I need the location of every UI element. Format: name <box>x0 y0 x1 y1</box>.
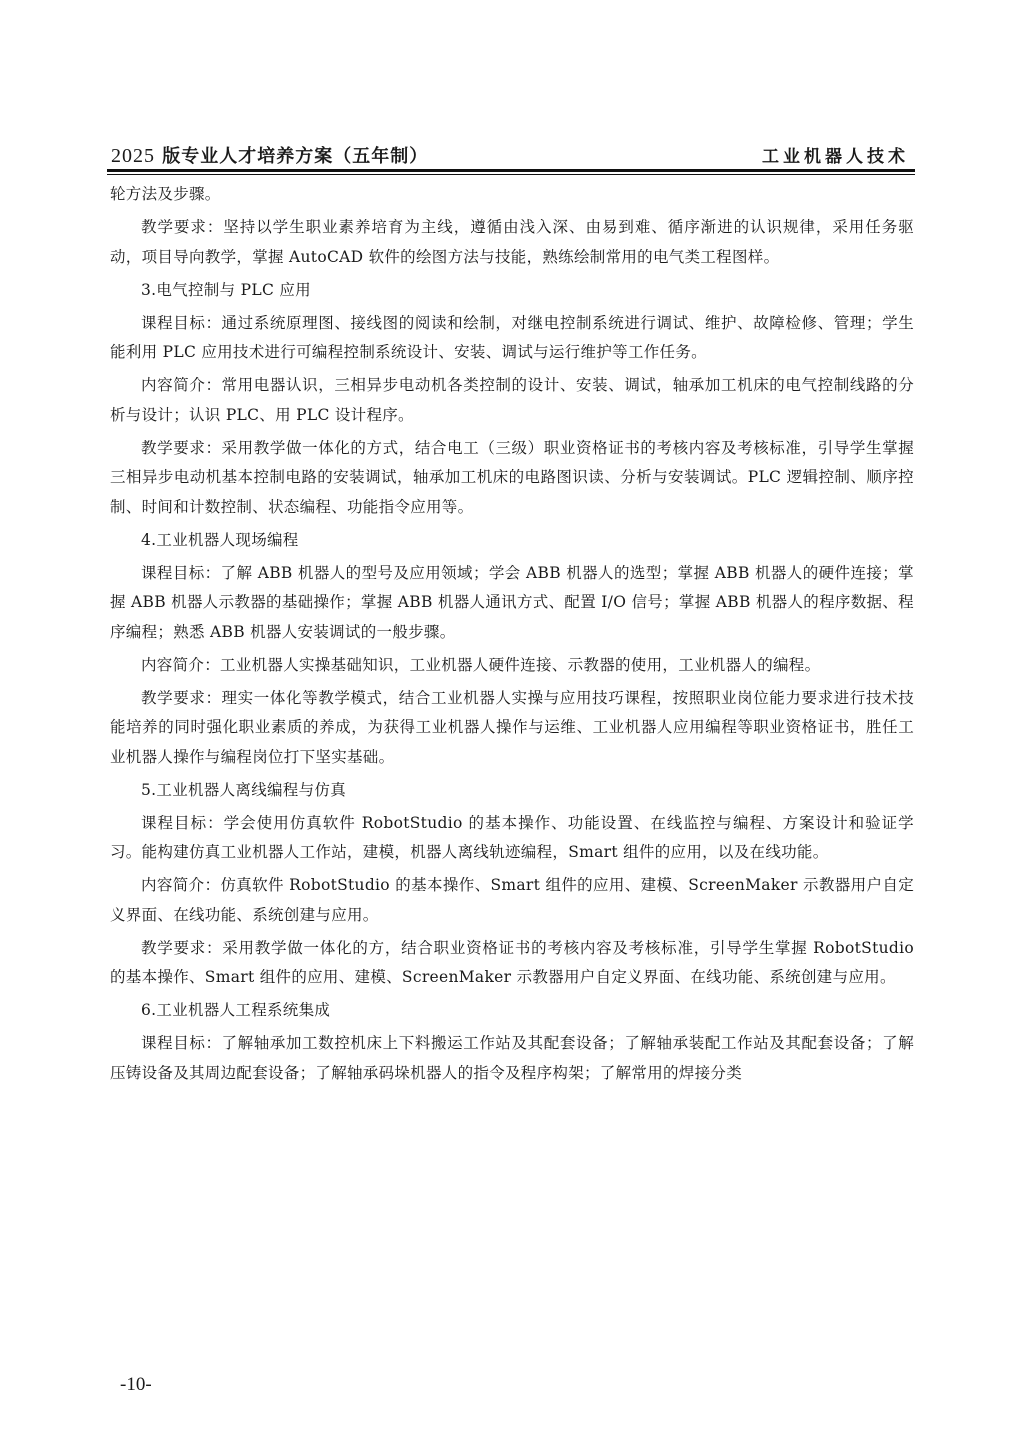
header-rule-thin <box>107 174 915 175</box>
section3-intro: 内容简介：常用电器认识，三相异步电动机各类控制的设计、安装、调试，轴承加工机床的… <box>110 371 914 430</box>
section4-requirements: 教学要求：理实一体化等教学模式，结合工业机器人实操与应用技巧课程，按照职业岗位能… <box>110 684 914 773</box>
major-name: 工业机器人技术 <box>762 142 909 167</box>
section2-requirements: 教学要求：坚持以学生职业素养培育为主线，遵循由浅入深、由易到难、循序渐进的认识规… <box>110 213 914 272</box>
continuation-paragraph: 轮方法及步骤。 <box>110 180 914 210</box>
section-heading-4: 4.工业机器人现场编程 <box>110 526 914 556</box>
document-title-text: 版专业人才培养方案（五年制） <box>155 146 428 167</box>
page-number: -10- <box>120 1374 152 1396</box>
header-rule-thick <box>107 169 915 172</box>
section5-intro: 内容简介：仿真软件 RobotStudio 的基本操作、Smart 组件的应用、… <box>110 871 914 930</box>
section6-goal: 课程目标：了解轴承加工数控机床上下料搬运工作站及其配套设备；了解轴承装配工作站及… <box>110 1029 914 1088</box>
document-title: 2025 版专业人才培养方案（五年制） <box>111 142 428 168</box>
running-header: 2025 版专业人才培养方案（五年制） 工业机器人技术 <box>107 142 915 168</box>
page-body: 轮方法及步骤。 教学要求：坚持以学生职业素养培育为主线，遵循由浅入深、由易到难、… <box>110 180 914 1092</box>
document-year: 2025 <box>111 145 155 167</box>
section5-requirements: 教学要求：采用教学做一体化的方，结合职业资格证书的考核内容及考核标准，引导学生掌… <box>110 934 914 993</box>
section-heading-3: 3.电气控制与 PLC 应用 <box>110 276 914 306</box>
section-heading-6: 6.工业机器人工程系统集成 <box>110 996 914 1026</box>
section3-goal: 课程目标：通过系统原理图、接线图的阅读和绘制，对继电控制系统进行调试、维护、故障… <box>110 309 914 368</box>
section-heading-5: 5.工业机器人离线编程与仿真 <box>110 776 914 806</box>
section4-goal: 课程目标：了解 ABB 机器人的型号及应用领域；学会 ABB 机器人的选型；掌握… <box>110 559 914 648</box>
section3-requirements: 教学要求：采用教学做一体化的方式，结合电工（三级）职业资格证书的考核内容及考核标… <box>110 434 914 523</box>
section5-goal: 课程目标：学会使用仿真软件 RobotStudio 的基本操作、功能设置、在线监… <box>110 809 914 868</box>
section4-intro: 内容简介：工业机器人实操基础知识，工业机器人硬件连接、示教器的使用，工业机器人的… <box>110 651 914 681</box>
